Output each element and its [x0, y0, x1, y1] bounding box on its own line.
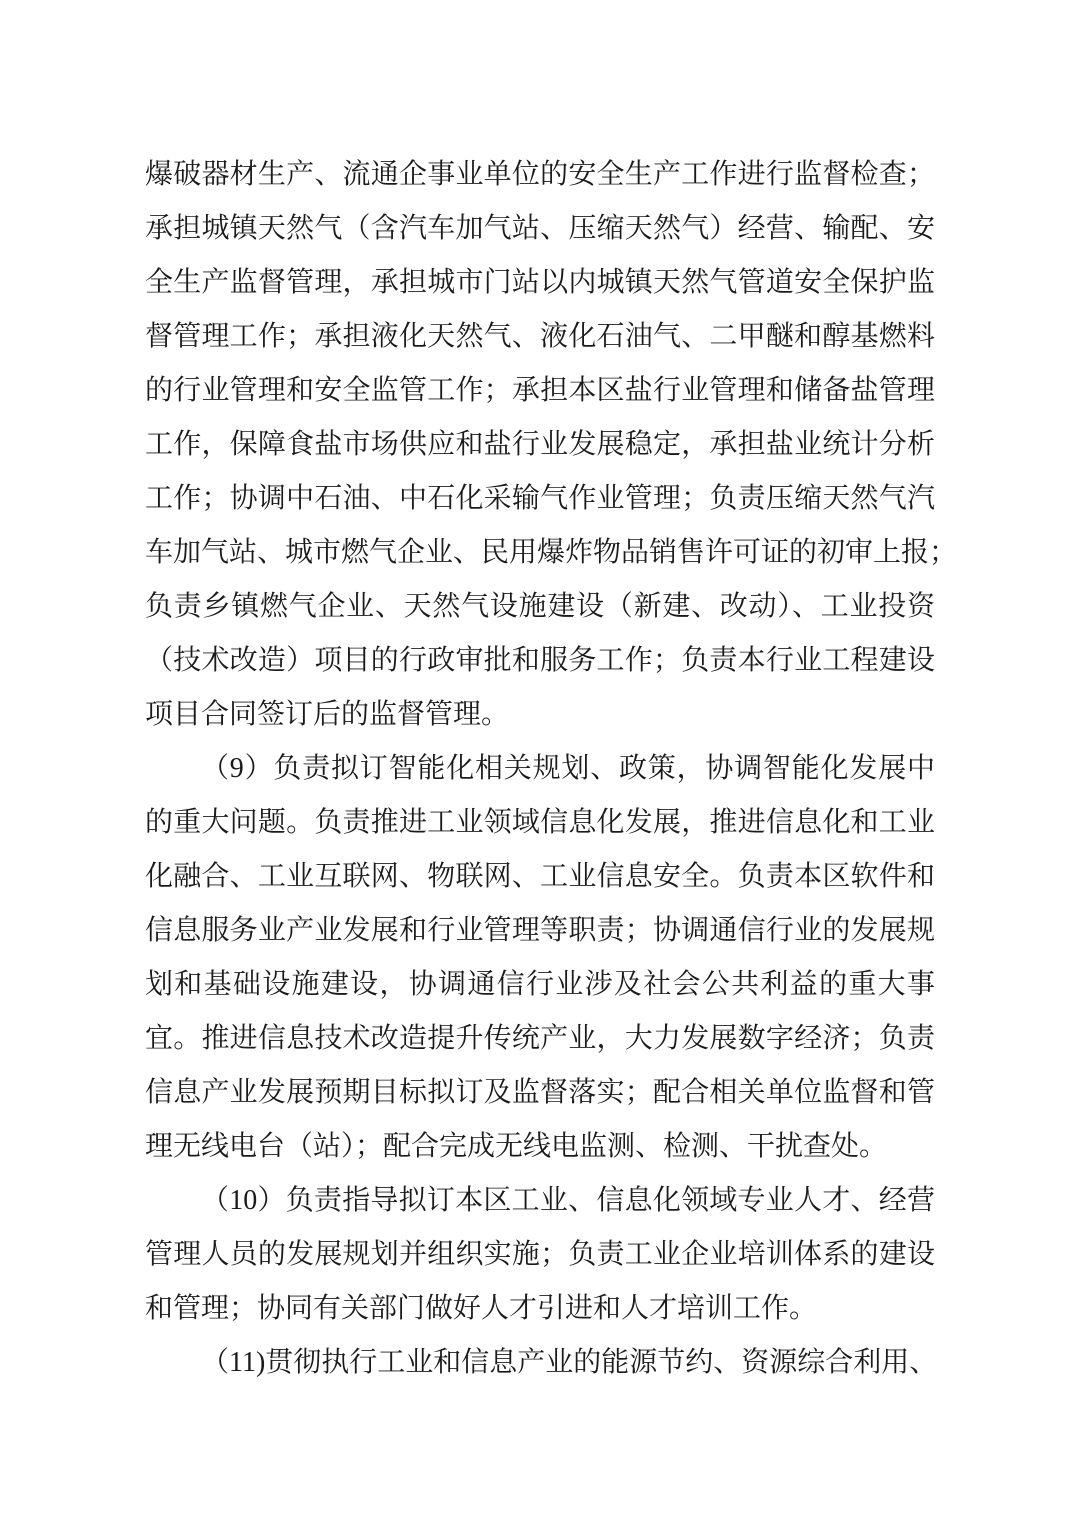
text-line: 工作，保障食盐市场供应和盐行业发展稳定，承担盐业统计分析	[145, 418, 935, 472]
text-line: 全生产监督管理，承担城市门站以内城镇天然气管道安全保护监	[145, 256, 935, 310]
text-line: 和管理；协同有关部门做好人才引进和人才培训工作。	[145, 1282, 935, 1336]
text-line: 车加气站、城市燃气企业、民用爆炸物品销售许可证的初审上报；	[145, 526, 935, 580]
text-line: 督管理工作；承担液化天然气、液化石油气、二甲醚和醇基燃料	[145, 310, 935, 364]
text-line: （9）负责拟订智能化相关规划、政策，协调智能化发展中	[145, 742, 935, 796]
text-line: （技术改造）项目的行政审批和服务工作；负责本行业工程建设	[145, 634, 935, 688]
text-line: 管理人员的发展规划并组织实施；负责工业企业培训体系的建设	[145, 1228, 935, 1282]
text-line: 信息服务业产业发展和行业管理等职责；协调通信行业的发展规	[145, 904, 935, 958]
text-line: 项目合同签订后的监督管理。	[145, 688, 935, 742]
document-body: 爆破器材生产、流通企事业单位的安全生产工作进行监督检查；承担城镇天然气（含汽车加…	[145, 148, 935, 1390]
text-line: （11)贯彻执行工业和信息产业的能源节约、资源综合利用、	[145, 1336, 935, 1390]
text-line: 理无线电台（站）；配合完成无线电监测、检测、干扰查处。	[145, 1120, 935, 1174]
text-line: 的行业管理和安全监管工作；承担本区盐行业管理和储备盐管理	[145, 364, 935, 418]
document-page: 爆破器材生产、流通企事业单位的安全生产工作进行监督检查；承担城镇天然气（含汽车加…	[0, 0, 1074, 1520]
text-line: 承担城镇天然气（含汽车加气站、压缩天然气）经营、输配、安	[145, 202, 935, 256]
paragraph: （10）负责指导拟订本区工业、信息化领域专业人才、经营管理人员的发展规划并组织实…	[145, 1174, 935, 1336]
text-line: 划和基础设施建设，协调通信行业涉及社会公共利益的重大事	[145, 958, 935, 1012]
text-line: 工作；协调中石油、中石化采输气作业管理；负责压缩天然气汽	[145, 472, 935, 526]
text-line: 的重大问题。负责推进工业领域信息化发展，推进信息化和工业	[145, 796, 935, 850]
text-line: 信息产业发展预期目标拟订及监督落实；配合相关单位监督和管	[145, 1066, 935, 1120]
text-line: 化融合、工业互联网、物联网、工业信息安全。负责本区软件和	[145, 850, 935, 904]
paragraph: 爆破器材生产、流通企事业单位的安全生产工作进行监督检查；承担城镇天然气（含汽车加…	[145, 148, 935, 742]
paragraph: （11)贯彻执行工业和信息产业的能源节约、资源综合利用、	[145, 1336, 935, 1390]
text-line: 宜。推进信息技术改造提升传统产业，大力发展数字经济；负责	[145, 1012, 935, 1066]
text-line: 负责乡镇燃气企业、天然气设施建设（新建、改动）、工业投资	[145, 580, 935, 634]
text-line: 爆破器材生产、流通企事业单位的安全生产工作进行监督检查；	[145, 148, 935, 202]
paragraph: （9）负责拟订智能化相关规划、政策，协调智能化发展中的重大问题。负责推进工业领域…	[145, 742, 935, 1174]
text-line: （10）负责指导拟订本区工业、信息化领域专业人才、经营	[145, 1174, 935, 1228]
